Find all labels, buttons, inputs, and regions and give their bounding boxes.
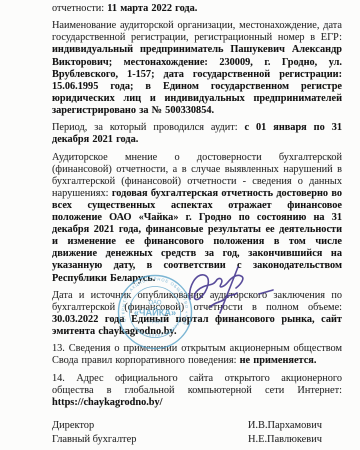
signature-name-director: И.В.Пархамович [248,419,322,433]
auditor-info-regular: Наименование аудиторской организации, ме… [52,20,342,43]
paragraph-audit-period: Период, за который проводился аудит: с 0… [52,122,342,146]
stamp-org-name-text: «ЧАЙКА» [134,307,176,318]
signature-block: Директор И.В.Пархамович Главный бухгалте… [52,419,342,447]
paragraph-report-date: отчетности: 11 марта 2022 года. [52,3,342,15]
auditor-info-bold: индивидуальный предприниматель Пашукевич… [52,44,342,115]
handwritten-signature-ink [180,263,280,319]
signature-title-director: Директор [52,419,94,433]
signature-row-chief-accountant: Главный бухгалтер Н.Е.Павлюкевич [52,433,342,447]
paragraph-item-13: 13. Сведения о применении открытым акцио… [52,343,342,367]
paragraph-auditor-info: Наименование аудиторской организации, ме… [52,20,342,117]
audit-period-regular: Период, за который проводился аудит: [52,122,245,133]
item-14-regular: 14. Адрес официального сайта открытого а… [52,373,342,396]
item-14-bold: https://chaykagrodno.by/ [52,397,163,408]
paragraph-item-14: 14. Адрес официального сайта открытого а… [52,373,342,409]
signature-trailing-dash [259,290,273,294]
signature-row-director: Директор И.В.Пархамович [52,419,342,433]
signature-main-flourish [190,275,243,300]
report-date-bold: 11 марта 2022 года. [107,3,197,14]
signature-slash-stroke [220,267,238,313]
signature-title-chief-accountant: Главный бухгалтер [52,433,136,447]
document-text-column: отчетности: 11 марта 2022 года. Наименов… [52,3,342,447]
scanned-audit-report-page: отчетности: 11 марта 2022 года. Наименов… [0,0,360,450]
stamp-org-type-text: ОАО [148,301,161,307]
stamp-city-text: г. Гродно [147,320,162,324]
signature-name-chief-accountant: Н.Е.Павлюкевич [248,433,322,447]
report-date-regular: отчетности: [52,3,107,14]
item-13-bold: не применяется. [240,355,317,366]
